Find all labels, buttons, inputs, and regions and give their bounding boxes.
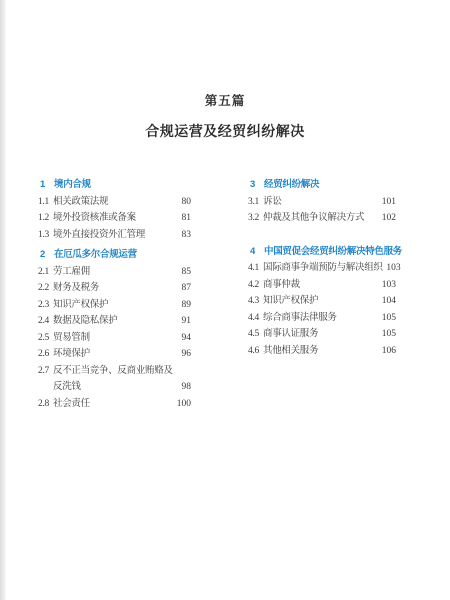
toc-entry: 2.7 反不正当竞争、反商业贿赂及	[38, 363, 191, 380]
toc-section-heading: 4 中国贸促会经贸纠纷解决特色服务	[248, 244, 396, 261]
entry-page: 103	[383, 260, 401, 277]
entry-number: 4.6	[248, 343, 263, 360]
entry-title: 商事仲裁	[263, 277, 378, 294]
entry-number: 2.1	[38, 264, 53, 281]
entry-number: 1.1	[38, 194, 53, 211]
entry-title: 环境保护	[53, 346, 173, 363]
entry-number: 2.5	[38, 330, 53, 347]
toc-entry: 2.6 环境保护 96	[38, 346, 191, 363]
entry-number: 2.4	[38, 313, 53, 330]
toc-entry: 2.3 知识产权保护 89	[38, 297, 191, 314]
section-title: 经贸纠纷解决	[264, 177, 396, 194]
toc-section-heading: 3 经贸纠纷解决	[248, 177, 396, 194]
table-of-contents: 1 境内合规 1.1 相关政策法规 80 1.2 境外投资核准或备案 81 1.…	[0, 177, 450, 412]
toc-entry: 1.1 相关政策法规 80	[38, 194, 191, 211]
entry-number: 2.6	[38, 346, 53, 363]
entry-title: 贸易管制	[53, 330, 173, 347]
entry-number: 4.5	[248, 326, 263, 343]
toc-section-2: 2 在厄瓜多尔合规运营 2.1 劳工雇佣 85 2.2 财务及税务 87 2.3…	[38, 247, 191, 412]
toc-entry: 1.3 境外直接投资外汇管理 83	[38, 227, 191, 244]
toc-entry: 4.5 商事认证服务 105	[248, 326, 396, 343]
entry-title: 商事认证服务	[263, 326, 378, 343]
entry-number: 1.2	[38, 210, 53, 227]
entry-number: 1.3	[38, 227, 53, 244]
entry-page: 103	[378, 277, 396, 294]
entry-number: 4.4	[248, 310, 263, 327]
entry-title: 反洗钱	[53, 379, 173, 396]
entry-page: 85	[173, 264, 191, 281]
toc-entry-continuation: 反洗钱 98	[38, 379, 191, 396]
toc-entry: 4.3 知识产权保护 104	[248, 293, 396, 310]
part-label: 第五篇	[0, 0, 450, 108]
document-page: 第五篇 合规运营及经贸纠纷解决 1 境内合规 1.1 相关政策法规 80 1.2…	[0, 0, 450, 600]
entry-page: 105	[378, 326, 396, 343]
entry-number: 2.2	[38, 280, 53, 297]
entry-title: 反不正当竞争、反商业贿赂及	[53, 363, 191, 380]
toc-entry: 4.2 商事仲裁 103	[248, 277, 396, 294]
entry-page: 105	[378, 310, 396, 327]
entry-number: 3.2	[248, 210, 263, 227]
entry-title: 社会责任	[53, 396, 173, 413]
entry-number: 2.3	[38, 297, 53, 314]
toc-section-heading: 1 境内合规	[38, 177, 191, 194]
entry-number: 4.3	[248, 293, 263, 310]
entry-title: 知识产权保护	[263, 293, 378, 310]
toc-section-1: 1 境内合规 1.1 相关政策法规 80 1.2 境外投资核准或备案 81 1.…	[38, 177, 191, 243]
toc-entry: 2.4 数据及隐私保护 91	[38, 313, 191, 330]
toc-entry: 2.1 劳工雇佣 85	[38, 264, 191, 281]
section-title: 境内合规	[54, 177, 191, 194]
toc-entry: 4.4 综合商事法律服务 105	[248, 310, 396, 327]
scan-edge-shadow	[0, 0, 6, 600]
section-number: 1	[38, 177, 54, 194]
entry-page: 100	[173, 396, 191, 413]
entry-number: 4.1	[248, 260, 263, 277]
entry-number: 3.1	[248, 194, 263, 211]
toc-section-3: 3 经贸纠纷解决 3.1 诉讼 101 3.2 仲裁及其他争议解决方式 102	[248, 177, 396, 227]
toc-entry: 3.1 诉讼 101	[248, 194, 396, 211]
toc-column-right: 3 经贸纠纷解决 3.1 诉讼 101 3.2 仲裁及其他争议解决方式 102 …	[248, 177, 396, 412]
entry-title: 仲裁及其他争议解决方式	[263, 210, 378, 227]
entry-number: 2.7	[38, 363, 53, 380]
section-title: 在厄瓜多尔合规运营	[54, 247, 191, 264]
toc-section-4: 4 中国贸促会经贸纠纷解决特色服务 4.1 国际商事争端预防与解决组织 103 …	[248, 244, 396, 360]
entry-title: 境外投资核准或备案	[53, 210, 173, 227]
section-number: 3	[248, 177, 264, 194]
entry-title: 境外直接投资外汇管理	[53, 227, 173, 244]
entry-number: 2.8	[38, 396, 53, 413]
entry-title: 数据及隐私保护	[53, 313, 173, 330]
toc-entry: 1.2 境外投资核准或备案 81	[38, 210, 191, 227]
entry-title: 诉讼	[263, 194, 378, 211]
toc-entry: 4.6 其他相关服务 106	[248, 343, 396, 360]
entry-page: 96	[173, 346, 191, 363]
entry-page: 98	[173, 379, 191, 396]
entry-page: 89	[173, 297, 191, 314]
entry-page: 80	[173, 194, 191, 211]
entry-page: 87	[173, 280, 191, 297]
section-title: 中国贸促会经贸纠纷解决特色服务	[264, 244, 402, 261]
entry-page: 91	[173, 313, 191, 330]
entry-page: 106	[378, 343, 396, 360]
part-title: 合规运营及经贸纠纷解决	[0, 108, 450, 141]
section-number: 4	[248, 244, 264, 261]
entry-page: 83	[173, 227, 191, 244]
entry-title: 知识产权保护	[53, 297, 173, 314]
section-number: 2	[38, 247, 54, 264]
entry-page: 94	[173, 330, 191, 347]
entry-number: 4.2	[248, 277, 263, 294]
entry-page: 104	[378, 293, 396, 310]
entry-title: 财务及税务	[53, 280, 173, 297]
toc-entry: 4.1 国际商事争端预防与解决组织 103	[248, 260, 396, 277]
entry-page: 102	[378, 210, 396, 227]
toc-section-heading: 2 在厄瓜多尔合规运营	[38, 247, 191, 264]
toc-entry: 2.8 社会责任 100	[38, 396, 191, 413]
toc-entry: 3.2 仲裁及其他争议解决方式 102	[248, 210, 396, 227]
entry-page: 101	[378, 194, 396, 211]
entry-title: 劳工雇佣	[53, 264, 173, 281]
entry-title: 其他相关服务	[263, 343, 378, 360]
entry-title: 国际商事争端预防与解决组织	[263, 260, 383, 277]
toc-entry: 2.5 贸易管制 94	[38, 330, 191, 347]
entry-title: 相关政策法规	[53, 194, 173, 211]
entry-title: 综合商事法律服务	[263, 310, 378, 327]
entry-page: 81	[173, 210, 191, 227]
toc-column-left: 1 境内合规 1.1 相关政策法规 80 1.2 境外投资核准或备案 81 1.…	[38, 177, 191, 412]
toc-entry: 2.2 财务及税务 87	[38, 280, 191, 297]
